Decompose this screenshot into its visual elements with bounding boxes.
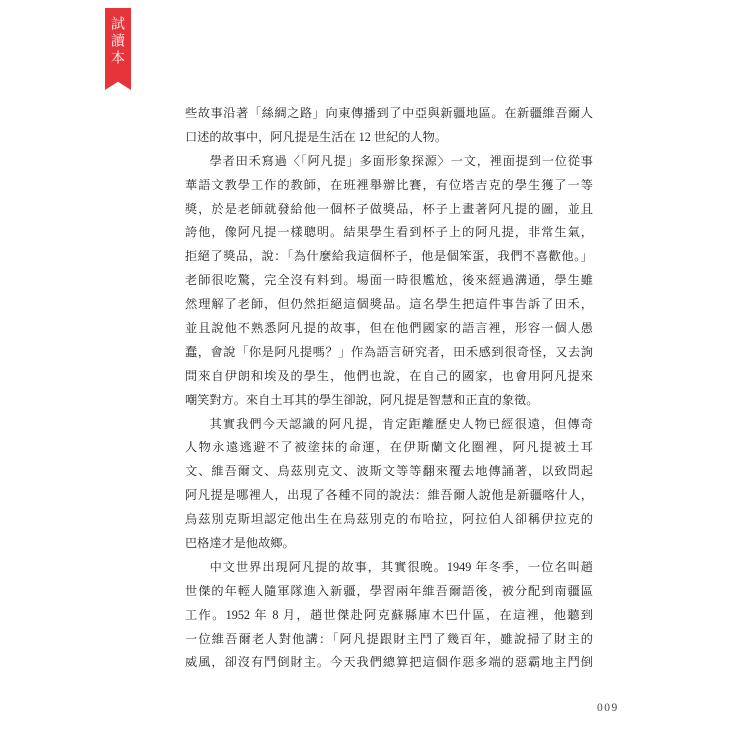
paragraph-4: 中文世界出現阿凡提的故事，其實很晚。1949 年冬季，一位名叫趙 世傑的年輕人隨…	[185, 556, 593, 675]
paragraph-3: 其實我們今天認識的阿凡提，肯定距離歷史人物已經很遠，但傳奇 人物永遠逃避不了被塗…	[185, 413, 593, 556]
text-line: 烏茲別克斯坦認定他出生在烏茲別克的布哈拉，阿拉伯人卻稱伊拉克的	[185, 508, 593, 532]
book-page: 試讀本 些故事沿著「絲綢之路」向東傳播到了中亞與新疆地區。在新疆維吾爾人 口述的…	[0, 0, 750, 750]
paragraph-2: 學者田禾寫過〈「阿凡提」多面形象探源〉一文，裡面提到一位從事 華語文教學工作的教…	[185, 150, 593, 413]
text-line: 一位維吾爾老人對他講：「阿凡提跟財主鬥了幾百年，雖說掃了財主的	[185, 628, 593, 652]
paragraph-1: 些故事沿著「絲綢之路」向東傳播到了中亞與新疆地區。在新疆維吾爾人 口述的故事中，…	[185, 102, 593, 150]
text-line: 工作。1952 年 8 月，趙世傑赴阿克蘇縣庫木巴什區，在這裡，他聽到	[185, 604, 593, 628]
text-line: 世傑的年輕人隨軍隊進入新疆，學習兩年維吾爾語後，被分配到南疆區	[185, 580, 593, 604]
sample-ribbon-icon: 試讀本	[105, 8, 131, 90]
text-line: 嘲笑對方。來自土耳其的學生卻說，阿凡提是智慧和正直的象徵。	[185, 389, 593, 413]
text-line: 老師很吃驚，完全沒有料到。場面一時很尷尬，後來經過溝通，學生雖	[185, 269, 593, 293]
text-line: 阿凡提是哪裡人，出現了各種不同的說法：維吾爾人說他是新疆喀什人，	[185, 484, 593, 508]
text-line: 蠢，會說「你是阿凡提嗎？」作為語言研究者，田禾感到很奇怪，又去詢	[185, 341, 593, 365]
text-line: 拒絕了獎品，說：「為什麼給我這個杯子，他是個笨蛋，我們不喜歡他。」	[185, 245, 593, 269]
text-line: 然理解了老師，但仍然拒絕這個獎品。這名學生把這件事告訴了田禾，	[185, 293, 593, 317]
text-line: 學者田禾寫過〈「阿凡提」多面形象探源〉一文，裡面提到一位從事	[185, 150, 593, 174]
text-line: 其實我們今天認識的阿凡提，肯定距離歷史人物已經很遠，但傳奇	[185, 413, 593, 437]
text-line: 威風，卻沒有鬥倒財主。今天我們總算把這個作惡多端的惡霸地主鬥倒	[185, 651, 593, 675]
text-line: 問來自伊朗和埃及的學生，他們也說，在自己的國家，也會用阿凡提來	[185, 365, 593, 389]
text-line: 文、維吾爾文、烏茲別克文、波斯文等等翻來覆去地傳誦著，以致問起	[185, 460, 593, 484]
page-number: 009	[597, 702, 619, 714]
text-line: 中文世界出現阿凡提的故事，其實很晚。1949 年冬季，一位名叫趙	[185, 556, 593, 580]
text-line: 並且說他不熟悉阿凡提的故事，但在他們國家的語言裡，形容一個人愚	[185, 317, 593, 341]
text-line: 獎，於是老師就發給他一個杯子做獎品，杯子上畫著阿凡提的圖，並且	[185, 198, 593, 222]
text-line: 口述的故事中，阿凡提是生活在 12 世紀的人物。	[185, 126, 593, 150]
text-line: 巴格達才是他故鄉。	[185, 532, 593, 556]
text-line: 華語文教學工作的教師，在班裡舉辦比賽，有位塔吉克的學生獲了一等	[185, 174, 593, 198]
text-line: 些故事沿著「絲綢之路」向東傳播到了中亞與新疆地區。在新疆維吾爾人	[185, 102, 593, 126]
text-line: 誇他，像阿凡提一樣聰明。結果學生看到杯子上的阿凡提，非常生氣，	[185, 221, 593, 245]
body-text: 些故事沿著「絲綢之路」向東傳播到了中亞與新疆地區。在新疆維吾爾人 口述的故事中，…	[185, 102, 593, 675]
text-line: 人物永遠逃避不了被塗抹的命運，在伊斯蘭文化圈裡，阿凡提被土耳	[185, 436, 593, 460]
sample-ribbon-label: 試讀本	[111, 16, 125, 67]
